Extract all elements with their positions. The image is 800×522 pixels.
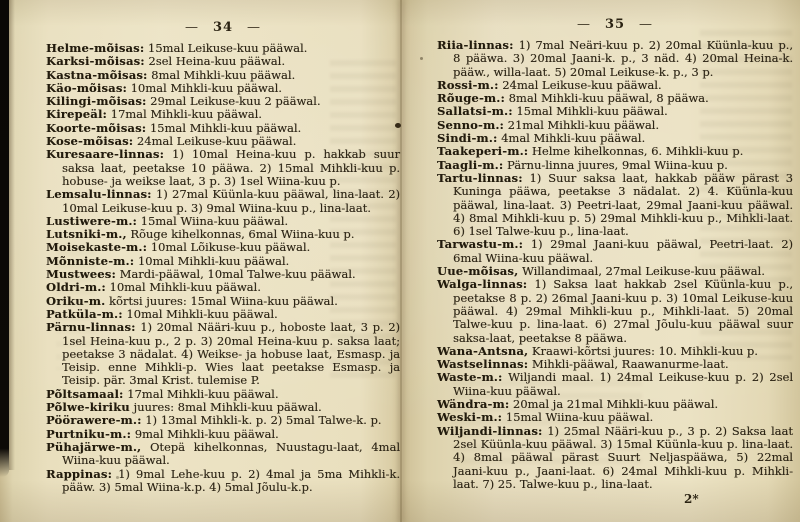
- fair-dates: Wiljandi maal. 1) 24mal Leikuse-kuu p. 2…: [453, 370, 793, 397]
- place-name: Põltsamaal:: [46, 387, 124, 401]
- place-name: Lustiwere-m.:: [46, 214, 137, 228]
- fair-dates: 17mal Mihkli-kuu pääwal.: [127, 387, 278, 401]
- place-name: Põlwe-kiriku: [46, 400, 130, 414]
- place-name: Karksi-mõisas:: [46, 54, 145, 68]
- fair-dates: Willandimaal, 27mal Leikuse-kuu pääwal.: [522, 264, 765, 278]
- fair-dates: Helme kihelkonnas, 6. Mihkli-kuu p.: [532, 144, 743, 158]
- fair-entry: Wana-Antsna, Kraawi-kõrtsi juures: 10. M…: [437, 345, 793, 358]
- place-name: Helme-mõisas:: [46, 41, 144, 55]
- fair-entry: Karksi-mõisas: 2sel Heina-kuu pääwal.: [46, 55, 400, 68]
- fair-dates: 1) 13mal Mihkli-k. p. 2) 5mal Talwe-k. p…: [145, 413, 381, 427]
- place-name: Wana-Antsna,: [437, 344, 528, 358]
- fair-entry: Lustiwere-m.: 15mal Wiina-kuu pääwal.: [46, 215, 400, 228]
- place-name: Tartu-linnas:: [437, 171, 523, 185]
- place-name: Mõnniste-m.:: [46, 254, 134, 268]
- header-dash: —: [185, 20, 199, 35]
- place-name: Rappinas:: [46, 467, 112, 481]
- page-left: —34— Helme-mõisas: 15mal Leikuse-kuu pää…: [46, 20, 400, 494]
- book-spread: —34— Helme-mõisas: 15mal Leikuse-kuu pää…: [0, 0, 800, 522]
- fair-dates: 15mal Wiina-kuu pääwal.: [141, 214, 288, 228]
- fair-dates: 10mal Lõikuse-kuu pääwal.: [151, 240, 310, 254]
- page-number: 34: [213, 20, 233, 35]
- fair-dates: 15mal Mihkli-kuu pääwal.: [516, 104, 667, 118]
- fair-entry: Mõnniste-m.: 10mal Mihkli-kuu pääwal.: [46, 255, 400, 268]
- fair-dates: 15mal Mihkli-kuu pääwal.: [150, 121, 301, 135]
- fair-entry: Rõuge-m.: 8mal Mihkli-kuu pääwal, 8 pääw…: [437, 92, 793, 105]
- place-name: Waste-m.:: [437, 370, 502, 384]
- fair-entry: Kilingi-mõisas: 29mal Leikuse-kuu 2 pääw…: [46, 95, 400, 108]
- fair-entry: Tarwastu-m.: 1) 29mal Jaani-kuu pääwal, …: [437, 238, 793, 265]
- fair-entry: Patküla-m.: 10mal Mihkli-kuu pääwal.: [46, 308, 400, 321]
- place-name: Pärnu-linnas:: [46, 320, 136, 334]
- fair-entry: Käo-mõisas: 10mal Mihkli-kuu pääwal.: [46, 82, 400, 95]
- place-name: Riia-linnas:: [437, 38, 514, 52]
- fair-entry: Pärnu-linnas: 1) 20mal Nääri-kuu p., hob…: [46, 321, 400, 387]
- fair-entry: Kastna-mõisas: 8mal Mihkli-kuu pääwal.: [46, 69, 400, 82]
- place-name: Kilingi-mõisas:: [46, 94, 147, 108]
- place-name: Rossi-m.:: [437, 78, 499, 92]
- place-name: Taakeperi-m.:: [437, 144, 528, 158]
- fair-entry: Weski-m.: 15mal Wiina-kuu pääwal.: [437, 411, 793, 424]
- place-name: Wändra-m:: [437, 397, 509, 411]
- header-dash: —: [577, 17, 591, 32]
- fair-dates: juures: 8mal Mihkli-kuu pääwal.: [134, 400, 322, 414]
- place-name: Wastselinnas:: [437, 357, 528, 371]
- fair-entry: Uue-mõisas, Willandimaal, 27mal Leikuse-…: [437, 265, 793, 278]
- book-edge-shadow: [0, 0, 9, 477]
- fair-dates: 10mal Mihkli-kuu pääwal.: [131, 81, 282, 95]
- fair-entry: Kirepeäl: 17mal Mihkli-kuu pääwal.: [46, 108, 400, 121]
- fair-dates: 1) 9mal Lehe-kuu p. 2) 4mal ja 5ma Mihkl…: [62, 467, 400, 494]
- fair-dates: Kraawi-kõrtsi juures: 10. Mihkli-kuu p.: [532, 344, 758, 358]
- place-name: Taagli-m.:: [437, 158, 503, 172]
- fair-entry: Helme-mõisas: 15mal Leikuse-kuu pääwal.: [46, 42, 400, 55]
- place-name: Käo-mõisas:: [46, 81, 127, 95]
- place-name: Kastna-mõisas:: [46, 68, 147, 82]
- fair-entry: Lemsalu-linnas: 1) 27mal Küünla-kuu pääw…: [46, 188, 400, 215]
- place-name: Lutsniki-m.,: [46, 227, 127, 241]
- place-name: Tarwastu-m.:: [437, 237, 523, 251]
- place-name: Wiljandi-linnas:: [437, 424, 542, 438]
- fair-dates: 8mal Mihkli-kuu pääwal.: [151, 68, 295, 82]
- place-name: Koorte-mõisas:: [46, 121, 146, 135]
- fair-dates: 8mal Mihkli-kuu pääwal, 8 pääwa.: [509, 91, 709, 105]
- page-right: —35— Riia-linnas: 1) 7mal Neäri-kuu p. 2…: [437, 17, 793, 506]
- fair-dates: kõrtsi juures: 15mal Wiina-kuu pääwal.: [109, 294, 338, 308]
- fair-entry: Wastselinnas: Mihkli-pääwal, Raawanurme-…: [437, 358, 793, 371]
- fair-entry: Senno-m.: 21mal Mihkli-kuu pääwal.: [437, 119, 793, 132]
- place-name: Oriku-m.: [46, 294, 105, 308]
- fair-dates: 9mal Mihkli-kuu pääwal.: [135, 427, 279, 441]
- place-name: Purtniku-m.:: [46, 427, 131, 441]
- fair-entry: Walga-linnas: 1) Saksa laat hakkab 2sel …: [437, 278, 793, 344]
- place-name: Walga-linnas:: [437, 277, 527, 291]
- fair-entry: Kose-mõisas: 24mal Leikuse-kuu pääwal.: [46, 135, 400, 148]
- page-number-header: —34—: [46, 20, 400, 35]
- fair-entry-list: Riia-linnas: 1) 7mal Neäri-kuu p. 2) 20m…: [437, 39, 793, 491]
- signature-mark: 2*: [437, 492, 793, 506]
- fair-dates: 24mal Leikuse-kuu pääwal.: [502, 78, 661, 92]
- fair-dates: 17mal Mihkli-kuu pääwal.: [111, 107, 262, 121]
- fair-dates: 2sel Heina-kuu pääwal.: [148, 54, 285, 68]
- place-name: Uue-mõisas,: [437, 264, 518, 278]
- fair-entry: Pühajärwe-m., Otepä kihelkonnas, Nuustag…: [46, 441, 400, 468]
- fair-entry: Wändra-m: 20mal ja 21mal Mihkli-kuu pääw…: [437, 398, 793, 411]
- fair-entry: Wiljandi-linnas: 1) 25mal Nääri-kuu p., …: [437, 425, 793, 491]
- place-name: Senno-m.:: [437, 118, 504, 132]
- place-name: Sindi-m.:: [437, 131, 497, 145]
- fair-dates: Pärnu-linna juures, 9mal Wiina-kuu p.: [507, 158, 728, 172]
- fair-dates: 15mal Wiina-kuu pääwal.: [506, 410, 653, 424]
- fair-entry: Moisekaste-m.: 10mal Lõikuse-kuu pääwal.: [46, 241, 400, 254]
- place-name: Moisekaste-m.:: [46, 240, 147, 254]
- fair-dates: 21mal Mihkli-kuu pääwal.: [508, 118, 659, 132]
- fair-entry-list: Helme-mõisas: 15mal Leikuse-kuu pääwal. …: [46, 42, 400, 494]
- fair-dates: Mardi-pääwal, 10mal Talwe-kuu pääwal.: [120, 267, 356, 281]
- paper-speck: [420, 57, 423, 60]
- place-name: Sallatsi-m.:: [437, 104, 513, 118]
- page-number: 35: [605, 17, 625, 32]
- fair-entry: Põlwe-kiriku juures: 8mal Mihkli-kuu pää…: [46, 401, 400, 414]
- place-name: Kirepeäl:: [46, 107, 107, 121]
- fair-entry: Sallatsi-m.: 15mal Mihkli-kuu pääwal.: [437, 105, 793, 118]
- header-dash: —: [247, 20, 261, 35]
- gutter-crease: [400, 0, 402, 522]
- fair-entry: Purtniku-m.: 9mal Mihkli-kuu pääwal.: [46, 428, 400, 441]
- fair-dates: Mihkli-pääwal, Raawanurme-laat.: [532, 357, 729, 371]
- fair-dates: 10mal Mihkli-kuu pääwal.: [126, 307, 277, 321]
- header-dash: —: [639, 17, 653, 32]
- fair-entry: Kuresaare-linnas: 1) 10mal Heina-kuu p. …: [46, 148, 400, 188]
- fair-dates: 15mal Leikuse-kuu pääwal.: [148, 41, 307, 55]
- fair-dates: 10mal Mihkli-kuu pääwal.: [138, 254, 289, 268]
- fair-entry: Oldri-m.: 10mal Mihkli-kuu pääwal.: [46, 281, 400, 294]
- fair-dates: 24mal Leikuse-kuu pääwal.: [137, 134, 296, 148]
- place-name: Patküla-m.:: [46, 307, 123, 321]
- fair-entry: Taakeperi-m.: Helme kihelkonnas, 6. Mihk…: [437, 145, 793, 158]
- fair-entry: Koorte-mõisas: 15mal Mihkli-kuu pääwal.: [46, 122, 400, 135]
- place-name: Rõuge-m.:: [437, 91, 505, 105]
- fair-entry: Tartu-linnas: 1) Suur saksa laat, hakkab…: [437, 172, 793, 238]
- place-name: Kuresaare-linnas:: [46, 147, 164, 161]
- fair-entry: Lutsniki-m., Rõuge kihelkonnas, 6mal Wii…: [46, 228, 400, 241]
- fair-entry: Pöörawere-m.: 1) 13mal Mihkli-k. p. 2) 5…: [46, 414, 400, 427]
- book-edge-soft-shadow: [9, 0, 15, 470]
- fair-entry: Mustwees: Mardi-pääwal, 10mal Talwe-kuu …: [46, 268, 400, 281]
- fair-entry: Taagli-m.: Pärnu-linna juures, 9mal Wiin…: [437, 159, 793, 172]
- place-name: Kose-mõisas:: [46, 134, 133, 148]
- fair-entry: Põltsamaal: 17mal Mihkli-kuu pääwal.: [46, 388, 400, 401]
- fair-entry: Rossi-m.: 24mal Leikuse-kuu pääwal.: [437, 79, 793, 92]
- fair-dates: 20mal ja 21mal Mihkli-kuu pääwal.: [513, 397, 718, 411]
- fair-dates: Rõuge kihelkonnas, 6mal Wiina-kuu p.: [130, 227, 354, 241]
- place-name: Pöörawere-m.:: [46, 413, 142, 427]
- place-name: Oldri-m.:: [46, 280, 106, 294]
- place-name: Lemsalu-linnas:: [46, 187, 152, 201]
- place-name: Weski-m.:: [437, 410, 502, 424]
- fair-entry: Oriku-m. kõrtsi juures: 15mal Wiina-kuu …: [46, 295, 400, 308]
- fair-entry: Riia-linnas: 1) 7mal Neäri-kuu p. 2) 20m…: [437, 39, 793, 79]
- fair-dates: 29mal Leikuse-kuu 2 pääwal.: [150, 94, 320, 108]
- fair-entry: Waste-m.: Wiljandi maal. 1) 24mal Leikus…: [437, 371, 793, 398]
- fair-entry: Sindi-m.: 4mal Mihkli-kuu pääwal.: [437, 132, 793, 145]
- fair-dates: 10mal Mihkli-kuu pääwal.: [110, 280, 261, 294]
- page-number-header: —35—: [437, 17, 793, 32]
- fair-entry: Rappinas: 1) 9mal Lehe-kuu p. 2) 4mal ja…: [46, 468, 400, 495]
- place-name: Mustwees:: [46, 267, 116, 281]
- book-scan: { "document": { "header_dash": "—", "lef…: [0, 0, 800, 522]
- place-name: Pühajärwe-m.,: [46, 440, 141, 454]
- fair-dates: 4mal Mihkli-kuu pääwal.: [501, 131, 645, 145]
